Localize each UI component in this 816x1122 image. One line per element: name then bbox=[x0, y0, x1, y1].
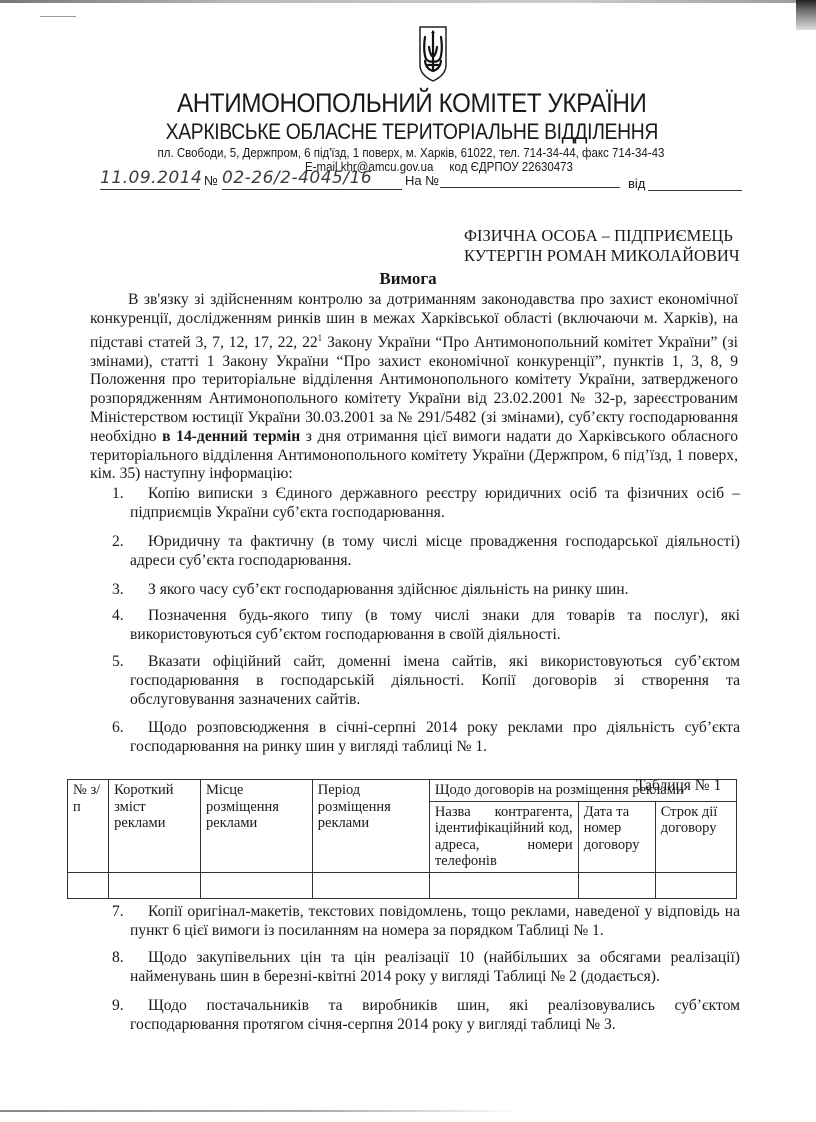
header-period: Період розміщення реклами bbox=[312, 780, 429, 873]
department-name: ХАРКІВСЬКЕ ОБЛАСНЕ ТЕРИТОРІАЛЬНЕ ВІДДІЛЕ… bbox=[53, 119, 771, 145]
header-place: Місце розміщення реклами bbox=[200, 780, 312, 873]
table-cell[interactable] bbox=[200, 872, 312, 898]
header-content: Короткий зміст реклами bbox=[109, 780, 201, 873]
item-number: 5. bbox=[112, 652, 124, 671]
item-text: Копії оригінал-макетів, текстових повідо… bbox=[130, 902, 740, 940]
deadline-emphasis: в 14-денний термін bbox=[162, 428, 300, 445]
item-number: 9. bbox=[112, 996, 124, 1015]
recipient-block: ФІЗИЧНА ОСОБА – ПІДПРИЄМЕЦЬ КУТЕРГІН РОМ… bbox=[464, 226, 740, 266]
item-text: Вказати офіційний сайт, доменні імена са… bbox=[130, 652, 740, 709]
item-number: 6. bbox=[112, 718, 124, 737]
scan-edge-bottom bbox=[0, 1110, 520, 1112]
item-number: 7. bbox=[112, 902, 124, 921]
item-text: Копію виписки з Єдиного державного реєст… bbox=[130, 484, 740, 522]
outgoing-number-label: № bbox=[204, 173, 218, 188]
advertising-table: № з/п Короткий зміст реклами Місце розмі… bbox=[67, 779, 737, 899]
item-number: 2. bbox=[112, 532, 124, 551]
recipient-name: КУТЕРГІН РОМАН МИКОЛАЙОВИЧ bbox=[464, 246, 740, 266]
item-text: Щодо закупівельних цін та цін реалізації… bbox=[130, 948, 740, 986]
scan-mark bbox=[40, 16, 76, 17]
scan-edge-top bbox=[0, 0, 816, 3]
item-number: 4. bbox=[112, 606, 124, 625]
table-cell[interactable] bbox=[578, 872, 655, 898]
item-text: Щодо постачальників та виробників шин, я… bbox=[130, 996, 740, 1034]
header-num: № з/п bbox=[68, 780, 109, 873]
registration-line: 11.09.2014 № 02-26/2-4045/16 На № від bbox=[100, 168, 750, 192]
item-text: Щодо розповсюдження в січні-серпні 2014 … bbox=[130, 718, 740, 756]
from-date-label: від bbox=[628, 176, 645, 191]
item-text: Позначення будь-якого типу (в тому числі… bbox=[130, 606, 740, 644]
item-number: 3. bbox=[112, 580, 124, 599]
outgoing-date: 11.09.2014 bbox=[100, 168, 200, 190]
organization-address: пл. Свободи, 5, Держпром, 6 під'їзд, 1 п… bbox=[36, 146, 787, 160]
table-cell[interactable] bbox=[429, 872, 578, 898]
table-cell[interactable] bbox=[312, 872, 429, 898]
table-cell[interactable] bbox=[655, 872, 736, 898]
coat-of-arms-icon bbox=[418, 25, 448, 83]
item-number: 8. bbox=[112, 948, 124, 967]
organization-name: АНТИМОНОПОЛЬНИЙ КОМІТЕТ УКРАЇНИ bbox=[45, 88, 779, 119]
item-number: 1. bbox=[112, 484, 124, 503]
scan-corner-shadow bbox=[796, 0, 816, 30]
item-text: Юридичну та фактичну (в тому числі місце… bbox=[130, 532, 740, 570]
header-counterparty: Назва контрагента, ідентифікаційний код,… bbox=[429, 801, 578, 872]
table-cell[interactable] bbox=[109, 872, 201, 898]
outgoing-number: 02-26/2-4045/16 bbox=[222, 168, 402, 190]
header-contracts-group: Щодо договорів на розміщення реклами bbox=[429, 780, 736, 802]
document-title: Вимога bbox=[0, 269, 816, 289]
table-row bbox=[68, 872, 737, 898]
intro-paragraph: В зв'язку зі здійсненням контролю за дот… bbox=[90, 291, 738, 484]
in-reply-field bbox=[440, 187, 620, 188]
header-term: Строк дії договору bbox=[655, 801, 736, 872]
header-date-number: Дата та номер договору bbox=[578, 801, 655, 872]
table-cell[interactable] bbox=[68, 872, 109, 898]
in-reply-label: На № bbox=[405, 173, 439, 188]
item-text: З якого часу суб’єкт господарювання здій… bbox=[130, 580, 740, 599]
recipient-type: ФІЗИЧНА ОСОБА – ПІДПРИЄМЕЦЬ bbox=[464, 226, 740, 246]
from-date-field bbox=[648, 190, 742, 191]
